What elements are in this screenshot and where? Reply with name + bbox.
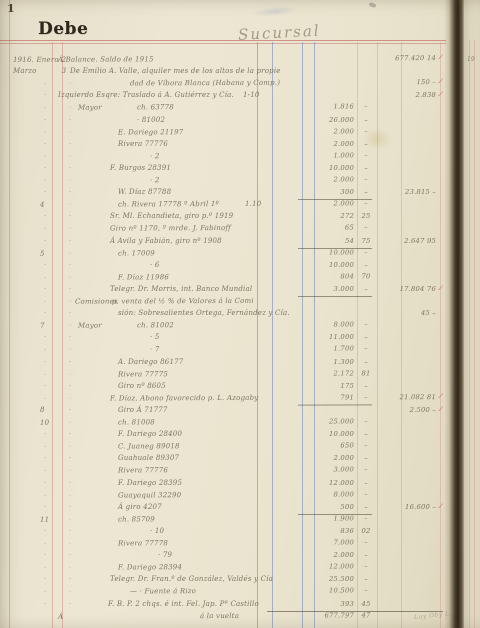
folio-label: Mayor [78, 104, 102, 112]
ledger-row: ··· 792.000– [0, 551, 447, 563]
ledger-row: ··Comisionesp. venta del ½ % de Valores … [0, 296, 447, 310]
amount-cell: 2.000 [270, 200, 354, 208]
amount-cents-cell: – [357, 479, 375, 487]
ledger-entries: 1916. Enero2Á Balance. Saldo de 1915677.… [0, 0, 480, 628]
ditto-mark: · [69, 370, 71, 378]
ledger-row: ··F. Burgos 2839110.000– [0, 164, 447, 176]
date-cell: Marzo [13, 67, 37, 75]
amount-cell: 65 [270, 224, 354, 232]
ditto-mark: · [69, 540, 71, 548]
amount-cell: 1.900 [270, 514, 354, 522]
ledger-row: ··Rivera 777762.000– [0, 140, 447, 152]
ledger-row: ··Mayorch. 637781.816– [0, 102, 447, 116]
ditto-mark: · [69, 273, 71, 281]
description-cell: ch. 81002 [137, 321, 174, 329]
description-cell: F. Dariego 28395 [118, 479, 182, 487]
description-cell: Izquierdo Esqre: Traslado á A. Gutiérrez… [58, 91, 234, 99]
ditto-mark: · [69, 188, 71, 196]
ledger-page: 1 Debe Sucursal 1916. Enero2Á Balance. S… [0, 0, 480, 628]
ledger-row: ··F. Dariego 2839412.000– [0, 562, 447, 576]
amount-cents-cell: – [357, 358, 375, 366]
ledger-row: ··A. Dariego 861771.300– [0, 358, 447, 370]
ditto-mark: · [44, 188, 46, 196]
amount-cents-cell: – [357, 587, 375, 595]
ditto-mark: · [44, 153, 46, 161]
amount-cents-cell: – [357, 188, 375, 196]
amount-cents-cell: – [357, 140, 375, 148]
ledger-row: ··— · Fuente á Rizo10.500– [0, 586, 447, 600]
total-cell: 17.804 76 [386, 285, 436, 293]
ditto-mark: · [44, 128, 46, 136]
ledger-row: 7·Mayorch. 810028.000– [0, 320, 447, 334]
amount-cell: 175 [270, 382, 354, 390]
amount-cents-cell: – [357, 248, 375, 256]
ditto-mark: · [69, 551, 71, 559]
description-extra: 1.10 [245, 200, 261, 208]
amount-cell: 677.797 [270, 611, 354, 619]
ditto-mark: · [44, 588, 46, 596]
description-cell: Giro nº 8605 [118, 382, 166, 390]
description-cell: · 5 [150, 333, 160, 341]
amount-cell: 2.000 [270, 140, 354, 148]
description-cell: ch. 17009 [118, 249, 155, 257]
ditto-mark: · [69, 430, 71, 438]
ditto-mark: · [69, 588, 71, 596]
amount-cents-cell: – [357, 514, 375, 522]
ledger-row: 11·ch. 857091.900– [0, 514, 447, 528]
ledger-row: ··Rivera 777752.17281 [0, 369, 447, 383]
amount-cell: 8.000 [270, 490, 354, 498]
ditto-mark: · [44, 370, 46, 378]
amount-cents-cell: – [357, 575, 375, 583]
ditto-mark: · [44, 298, 46, 306]
amount-cents-cell: 02 [357, 527, 375, 535]
amount-cents-cell: – [357, 466, 375, 474]
amount-cents-cell: – [357, 454, 375, 462]
amount-cents-cell: 45 [357, 600, 375, 608]
amount-cell: 2.000 [270, 551, 354, 559]
ditto-mark: · [69, 479, 71, 487]
ledger-row: ··dad de Víbora Blanca (Habana y Comp.)1… [0, 78, 447, 92]
ditto-mark: · [69, 515, 71, 523]
description-cell: · 2 [150, 152, 160, 160]
description-cell: sión: Sobresalientes Ortega, Fernández y… [118, 309, 290, 317]
amount-cell: 11.000 [270, 333, 354, 341]
description-cell: C. Juaneg 89018 [118, 442, 180, 450]
ledger-row: ··F. Dariego 2839512.000– [0, 479, 447, 491]
amount-cell: 1.300 [270, 358, 354, 366]
amount-cents-cell: – [357, 103, 375, 111]
description-cell: · 6 [150, 261, 160, 269]
ditto-mark: · [44, 358, 46, 366]
ditto-mark: · [69, 600, 71, 608]
description-cell: Telegr. Dr. Fran.º de González, Valdés y… [110, 575, 273, 583]
ditto-mark: · [44, 274, 46, 282]
amount-cents-cell: – [357, 417, 375, 425]
description-cell: · 79 [158, 551, 172, 559]
amount-cents-cell: 81 [357, 369, 375, 377]
amount-cents-cell: – [357, 321, 375, 329]
total-cell: 45 – [386, 309, 436, 317]
amount-cents-cell: – [357, 333, 375, 341]
ledger-row: ··Á giro 4207500–16.600 –⁄ [0, 503, 447, 515]
ditto-mark: · [44, 430, 46, 438]
date-cell: 11 [40, 516, 49, 524]
description-cell: · 10 [150, 527, 164, 535]
amount-cell: 10.000 [270, 248, 354, 256]
ditto-mark: · [69, 564, 71, 572]
amount-cents-cell: – [357, 551, 375, 559]
amount-cell: 2.172 [270, 369, 354, 377]
amount-cell: 3.000 [270, 466, 354, 474]
ledger-row: ··· 22.000– [0, 175, 447, 189]
amount-cents-cell: – [357, 490, 375, 498]
description-cell: De Emilio A. Valle, alquiler mes de los … [70, 67, 281, 75]
amount-cell: 54 [270, 237, 354, 245]
amount-cents-cell: – [357, 382, 375, 390]
amount-cents-cell: – [357, 285, 375, 293]
ditto-mark: · [44, 491, 46, 499]
total-cell: 23.815 – [386, 188, 436, 196]
ledger-row: ··· 1083602 [0, 527, 447, 539]
ledger-row: ··sión: Sobresalientes Ortega, Fernández… [0, 309, 447, 321]
description-cell: Á giro 4207 [118, 503, 162, 511]
amount-cell: 3.000 [270, 285, 354, 293]
description-cell: Giro nº 1170, º mrde. J. Fabinoff [110, 224, 231, 233]
description-cell: F. B. P. 2 chqs. é int. Fel. Jap. Pª Cas… [108, 600, 259, 608]
description-cell: · 7 [150, 346, 160, 354]
ditto-mark: · [44, 540, 46, 548]
description-cell: Rivera 77778 [118, 539, 168, 547]
amount-cents-cell: – [357, 345, 375, 353]
column-rule [469, 40, 470, 628]
ditto-mark: · [69, 212, 71, 220]
description-cell: Á Balance. Saldo de 1915 [58, 55, 154, 63]
amount-cents-cell: 75 [357, 237, 375, 245]
ditto-mark: · [44, 382, 46, 390]
amount-cell: 12.000 [270, 479, 354, 487]
amount-cell: 10.000 [270, 430, 354, 438]
amount-cell: 12.000 [270, 563, 354, 571]
ditto-mark: · [69, 237, 71, 245]
ledger-row: ··Á Avila y Fabián, giro nº 190854752.64… [0, 237, 447, 249]
description-cell: W. Díaz 87788 [118, 188, 171, 196]
description-cell: ch. 85709 [118, 515, 155, 523]
amount-cell: 804 [270, 272, 354, 280]
description-cell: · 2 [150, 176, 160, 184]
ditto-mark: · [44, 479, 46, 487]
description-cell: Guayaquil 32290 [118, 491, 181, 499]
ditto-mark: · [44, 285, 46, 293]
description-cell: Telegr. Dr. Morris, int. Banco Mundial [110, 285, 252, 293]
amount-cell: 300 [270, 188, 354, 196]
ditto-mark: · [69, 164, 71, 172]
total-cell: 677.420 14 [386, 54, 436, 62]
ledger-row: Marzo3De Emilio A. Valle, alquiler mes d… [0, 67, 447, 79]
ditto-mark: · [44, 104, 46, 112]
ditto-mark: · [69, 467, 71, 475]
description-cell: Rivera 77775 [118, 370, 168, 378]
total-cell: 150 – [386, 78, 436, 86]
amount-cents-cell: – [357, 261, 375, 269]
description-cell: A. Dariego 86177 [118, 358, 183, 366]
ditto-mark: · [44, 140, 46, 148]
amount-cell: 791 [270, 393, 354, 401]
date-cell: 10 [40, 419, 49, 427]
ditto-mark: · [69, 80, 71, 88]
description-cell: Rivera 77776 [118, 467, 168, 475]
ledger-row: 10·ch. 8100825.000– [0, 417, 447, 431]
description-extra: 1-10 [243, 91, 260, 99]
ditto-mark: · [69, 419, 71, 427]
description-cell: — · Fuente á Rizo [130, 588, 196, 596]
next-page-edge [464, 0, 480, 628]
book-binding [444, 0, 464, 628]
ledger-row: ··F. Díaz, Abono favorecido p. L. Azogab… [0, 393, 447, 407]
ledger-row: Áá la vuelta677.79747Luy Oby L. [0, 611, 447, 625]
ditto-mark: · [44, 309, 46, 317]
description-cell: F. Dariego 28400 [118, 430, 182, 438]
date-cell: 8 [40, 406, 45, 414]
ditto-mark: · [44, 454, 46, 462]
ledger-row: ··F. Dariego 2840010.000– [0, 430, 447, 442]
ditto-mark: · [44, 333, 46, 341]
ditto-mark: · [69, 333, 71, 341]
ledger-row: ··· 71.700– [0, 344, 447, 358]
date-cell: 7 [40, 322, 45, 330]
ditto-mark: · [69, 527, 71, 535]
amount-cents-cell: – [357, 164, 375, 172]
date-cell: 5 [40, 249, 45, 257]
ditto-mark: · [44, 564, 46, 572]
description-cell: · 81002 [137, 116, 165, 124]
ledger-row: ··· 21.000– [0, 151, 447, 165]
description-cell: F. Díaz 11986 [118, 273, 169, 281]
ditto-mark: · [44, 346, 46, 354]
ditto-mark: · [69, 503, 71, 511]
description-cell: Guahuale 89307 [118, 454, 179, 462]
ditto-mark: · [69, 177, 71, 185]
ditto-mark: · [44, 212, 46, 220]
amount-cell: 10.000 [270, 261, 354, 269]
ledger-row: ··Rivera 777763.000– [0, 465, 447, 479]
ditto-mark: · [69, 201, 71, 209]
total-cell: 2.500 – [386, 406, 436, 414]
amount-cents-cell: – [357, 393, 375, 401]
ditto-mark: · [69, 104, 71, 112]
ditto-mark: · [44, 237, 46, 245]
ditto-mark: · [44, 91, 46, 99]
ledger-row: ··Rivera 777787.000– [0, 538, 447, 552]
ditto-mark: · [44, 467, 46, 475]
ledger-row: ··C. Juaneg 89018650– [0, 441, 447, 455]
description-cell: Rivera 77776 [118, 140, 168, 148]
ditto-mark: · [44, 261, 46, 269]
ditto-mark: · [69, 261, 71, 269]
ditto-mark: · [69, 322, 71, 330]
description-cell: F. Dariego 28394 [118, 563, 182, 571]
ledger-row: ··W. Díaz 87788300–23.815 – [0, 188, 447, 200]
ditto-mark: · [44, 600, 46, 608]
ditto-mark: · [69, 285, 71, 293]
amount-cell: 1.000 [270, 151, 354, 159]
description-cell: Á Avila y Fabián, giro nº 1908 [110, 237, 222, 245]
amount-cents-cell: – [357, 224, 375, 232]
ditto-mark: · [44, 116, 46, 124]
folio-label: Mayor [78, 322, 102, 330]
amount-cents-cell: – [357, 151, 375, 159]
amount-cell: 1.816 [270, 103, 354, 111]
description-cell: F. Díaz, Abono favorecido p. L. Azogaby [110, 394, 259, 403]
ditto-mark: · [44, 503, 46, 511]
description-cell: E. Dariego 21197 [118, 128, 184, 136]
ledger-row: ··E. Dariego 211972.000– [0, 127, 447, 141]
ledger-row: ··Giro nº 1170, º mrde. J. Fabinoff65– [0, 223, 447, 237]
total-cell: 21.082 81 [386, 393, 436, 401]
ditto-mark: · [69, 346, 71, 354]
ledger-row: ··· 610.000– [0, 261, 447, 273]
amount-cell: 2.000 [270, 175, 354, 183]
amount-cents-cell: – [357, 503, 375, 511]
folio-label: Á [58, 612, 63, 620]
ditto-mark: · [69, 454, 71, 462]
ditto-mark: · [69, 575, 71, 583]
amount-cents-cell: – [357, 538, 375, 546]
ditto-mark: · [69, 406, 71, 414]
ditto-mark: · [44, 225, 46, 233]
ditto-mark: · [69, 116, 71, 124]
description-cell: ch. 63778 [137, 104, 174, 112]
amount-cents-cell: – [357, 563, 375, 571]
ditto-mark: · [69, 491, 71, 499]
amount-cell: 2.000 [270, 454, 354, 462]
total-cell: 2.647 95 [386, 237, 436, 245]
amount-cell: 25.500 [270, 575, 354, 583]
amount-cell: 10.500 [270, 587, 354, 595]
ditto-mark: · [69, 128, 71, 136]
amount-cents-cell: – [357, 127, 375, 135]
ditto-mark: · [69, 443, 71, 451]
amount-cell: 650 [270, 442, 354, 450]
amount-cents-cell: 25 [357, 212, 375, 220]
amount-cell: 8.000 [270, 321, 354, 329]
amount-cell: 26.000 [270, 116, 354, 124]
ditto-mark: · [44, 80, 46, 88]
amount-cell: 7.000 [270, 538, 354, 546]
ditto-mark: · [69, 309, 71, 317]
amount-cell: 25.000 [270, 417, 354, 425]
ledger-row: 8·Giro Á 717772.500 –⁄ [0, 406, 447, 418]
ditto-mark: · [69, 225, 71, 233]
amount-cents-cell: 70 [357, 272, 375, 280]
ditto-mark: · [69, 358, 71, 366]
ledger-row: ··Giro nº 8605175– [0, 382, 447, 394]
ditto-mark: · [69, 249, 71, 257]
amount-cell: 393 [270, 600, 354, 608]
description-cell: ch. 81008 [118, 418, 155, 426]
amount-cents-cell: – [357, 175, 375, 183]
amount-cents-cell: – [357, 430, 375, 438]
ditto-mark: · [44, 443, 46, 451]
ditto-mark: · [44, 575, 46, 583]
total-cell: 2.838 [386, 91, 436, 99]
ledger-row: 5·ch. 1700910.000– [0, 248, 447, 262]
ditto-mark: · [69, 382, 71, 390]
description-cell: p. venta del ½ % de Valores á la Comi [112, 297, 254, 306]
ditto-mark: · [69, 140, 71, 148]
total-cell: 16.600 – [386, 503, 436, 511]
amount-cell: 272 [270, 212, 354, 220]
amount-cents-cell: – [357, 116, 375, 124]
ledger-row: ··Guayaquil 322908.000– [0, 490, 447, 504]
amount-cell: 10.000 [270, 164, 354, 172]
next-page-year-hint: 19 [467, 56, 475, 63]
ditto-mark: · [44, 395, 46, 403]
ditto-mark: · [44, 177, 46, 185]
amount-cents-cell: 47 [357, 611, 375, 619]
amount-cents-cell: – [357, 442, 375, 450]
ledger-row: ··Telegr. Dr. Morris, int. Banco Mundial… [0, 285, 447, 297]
ditto-mark: · [44, 527, 46, 535]
ledger-row: 4·ch. Rivera 17778 º Abril 1º1.102.000– [0, 199, 447, 213]
ledger-row: 1916. Enero2Á Balance. Saldo de 1915677.… [0, 54, 447, 68]
amount-cell: 500 [270, 503, 354, 511]
description-cell: Sr. Ml. Echandieta, giro p.º 1919 [110, 212, 233, 220]
ledger-row: ··F. B. P. 2 chqs. é int. Fel. Jap. Pª C… [0, 600, 447, 612]
description-cell: dad de Víbora Blanca (Habana y Comp.) [130, 79, 280, 88]
description-cell: á la vuelta [200, 612, 239, 620]
amount-cents-cell: – [357, 200, 375, 208]
amount-cell: 1.700 [270, 345, 354, 353]
ledger-row: ··· 8100226.000– [0, 116, 447, 128]
ditto-mark: · [69, 298, 71, 306]
ditto-mark: · [69, 394, 71, 402]
description-cell: Giro Á 71777 [118, 406, 168, 414]
column-rule [474, 40, 475, 628]
amount-cell: 2.000 [270, 127, 354, 135]
description-cell: F. Burgos 28391 [110, 164, 171, 172]
description-cell: ch. Rivera 17778 º Abril 1º [118, 200, 219, 208]
ledger-row: ··F. Díaz 1198680470 [0, 272, 447, 286]
ditto-mark: · [69, 152, 71, 160]
date-cell: 4 [40, 201, 45, 209]
date-cell: 1916. Enero [13, 56, 59, 64]
amount-cell: 836 [270, 527, 354, 535]
ditto-mark: · [44, 164, 46, 172]
ditto-mark: · [44, 551, 46, 559]
